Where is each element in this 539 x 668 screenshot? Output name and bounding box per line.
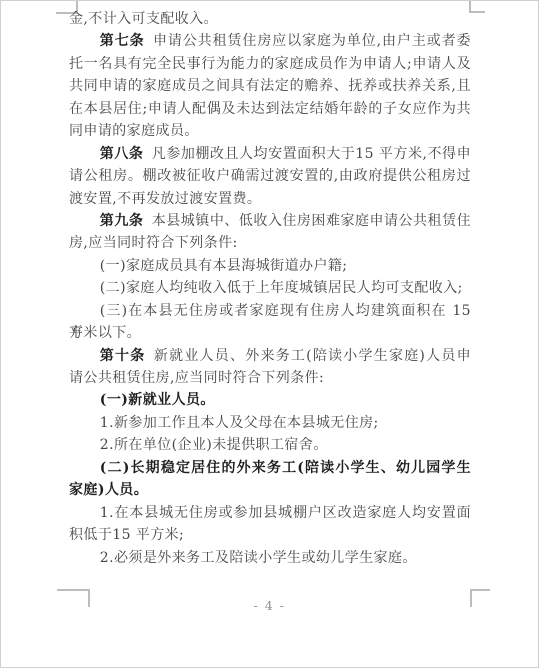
body-text: 房,应当同时符合下列条件:	[69, 235, 238, 251]
crop-mark-top-right	[469, 0, 485, 13]
body-text: 凡参加棚改且人均安置面积大于15 平方米,不得申	[152, 146, 471, 162]
body-text: 2.必须是外来务工及陪读小学生或幼儿学生家庭。	[100, 550, 417, 566]
text-line: 房,应当同时符合下列条件:	[69, 232, 471, 254]
text-line: (三)在本县无住房或者家庭现有住房人均建筑面积在 15 平	[69, 300, 471, 322]
text-line: 共同申请的家庭成员之间具有法定的赡养、抚养或扶养关系,且	[69, 75, 471, 97]
text-line: 家庭)人员。	[69, 479, 471, 501]
body-text: (二)家庭人均纯收入低于上年度城镇居民人均可支配收入;	[100, 280, 463, 296]
text-line: 1.新参加工作且本人及父母在本县城无住房;	[69, 412, 471, 434]
bold-text: (二)长期稳定居住的外来务工(陪读小学生、幼儿园学生	[100, 460, 471, 476]
text-line: (一)新就业人员。	[69, 389, 471, 411]
text-line: 金,不计入可支配收入。	[69, 8, 471, 30]
text-line: (一)家庭成员具有本县海城街道办户籍;	[69, 255, 471, 277]
body-text: 请公共租赁住房,应当同时符合下列条件:	[69, 370, 324, 386]
body-text: 新就业人员、外来务工(陪读小学生家庭)人员申	[154, 348, 471, 364]
text-line: 请公租房。棚改被征收户确需过渡安置的,由政府提供公租房过	[69, 165, 471, 187]
page-number: - 4 -	[1, 598, 538, 613]
text-line: (二)家庭人均纯收入低于上年度城镇居民人均可支配收入;	[69, 277, 471, 299]
bold-text: 第八条	[100, 146, 144, 162]
bold-text: 第十条	[100, 348, 146, 364]
bold-text: 第七条	[100, 33, 145, 49]
text-line: 渡安置,不再发放过渡安置费。	[69, 188, 471, 210]
text-line: 第八条凡参加棚改且人均安置面积大于15 平方米,不得申	[69, 143, 471, 165]
body-text: 托一名具有完全民事行为能力的家庭成员作为申请人;申请人及	[69, 56, 471, 72]
body-text: 本县城镇中、低收入住房困难家庭申请公共租赁住	[152, 213, 471, 229]
text-line: 托一名具有完全民事行为能力的家庭成员作为申请人;申请人及	[69, 53, 471, 75]
text-line: 2.必须是外来务工及陪读小学生或幼儿学生家庭。	[69, 547, 471, 569]
text-line: 积低于15 平方米;	[69, 524, 471, 546]
text-line: 在本县居住;申请人配偶及未达到法定结婚年龄的子女应作为共	[69, 98, 471, 120]
body-text: 金,不计入可支配收入。	[69, 11, 218, 27]
document-page: 金,不计入可支配收入。第七条申请公共租赁住房应以家庭为单位,由户主或者委托一名具…	[0, 0, 539, 668]
body-text: 渡安置,不再发放过渡安置费。	[69, 191, 261, 207]
text-line: 1.在本县城无住房或参加县城棚户区改造家庭人均安置面	[69, 502, 471, 524]
body-text: 请公租房。棚改被征收户确需过渡安置的,由政府提供公租房过	[69, 168, 471, 184]
body-text: 共同申请的家庭成员之间具有法定的赡养、抚养或扶养关系,且	[69, 78, 471, 94]
bold-text: (一)新就业人员。	[100, 392, 215, 408]
text-line: 2.所在单位(企业)未提供职工宿舍。	[69, 434, 471, 456]
text-line: 方米以下。	[69, 322, 471, 344]
body-text: 在本县居住;申请人配偶及未达到法定结婚年龄的子女应作为共	[69, 101, 471, 117]
body-text: (一)家庭成员具有本县海城街道办户籍;	[100, 258, 348, 274]
body-text: 积低于15 平方米;	[69, 527, 184, 543]
document-body: 金,不计入可支配收入。第七条申请公共租赁住房应以家庭为单位,由户主或者委托一名具…	[69, 8, 471, 569]
body-text: 1.在本县城无住房或参加县城棚户区改造家庭人均安置面	[100, 505, 471, 521]
body-text: 1.新参加工作且本人及父母在本县城无住房;	[100, 415, 379, 431]
text-line: 第十条新就业人员、外来务工(陪读小学生家庭)人员申	[69, 345, 471, 367]
body-text: 申请公共租赁住房应以家庭为单位,由户主或者委	[153, 33, 471, 49]
text-line: 第九条本县城镇中、低收入住房困难家庭申请公共租赁住	[69, 210, 471, 232]
body-text: 2.所在单位(企业)未提供职工宿舍。	[100, 437, 328, 453]
text-line: 同申请的家庭成员。	[69, 120, 471, 142]
bold-text: 家庭)人员。	[69, 482, 148, 498]
text-line: (二)长期稳定居住的外来务工(陪读小学生、幼儿园学生	[69, 457, 471, 479]
text-line: 第七条申请公共租赁住房应以家庭为单位,由户主或者委	[69, 30, 471, 52]
bold-text: 第九条	[100, 213, 144, 229]
body-text: 方米以下。	[69, 325, 141, 341]
body-text: 同申请的家庭成员。	[69, 123, 199, 139]
text-line: 请公共租赁住房,应当同时符合下列条件:	[69, 367, 471, 389]
